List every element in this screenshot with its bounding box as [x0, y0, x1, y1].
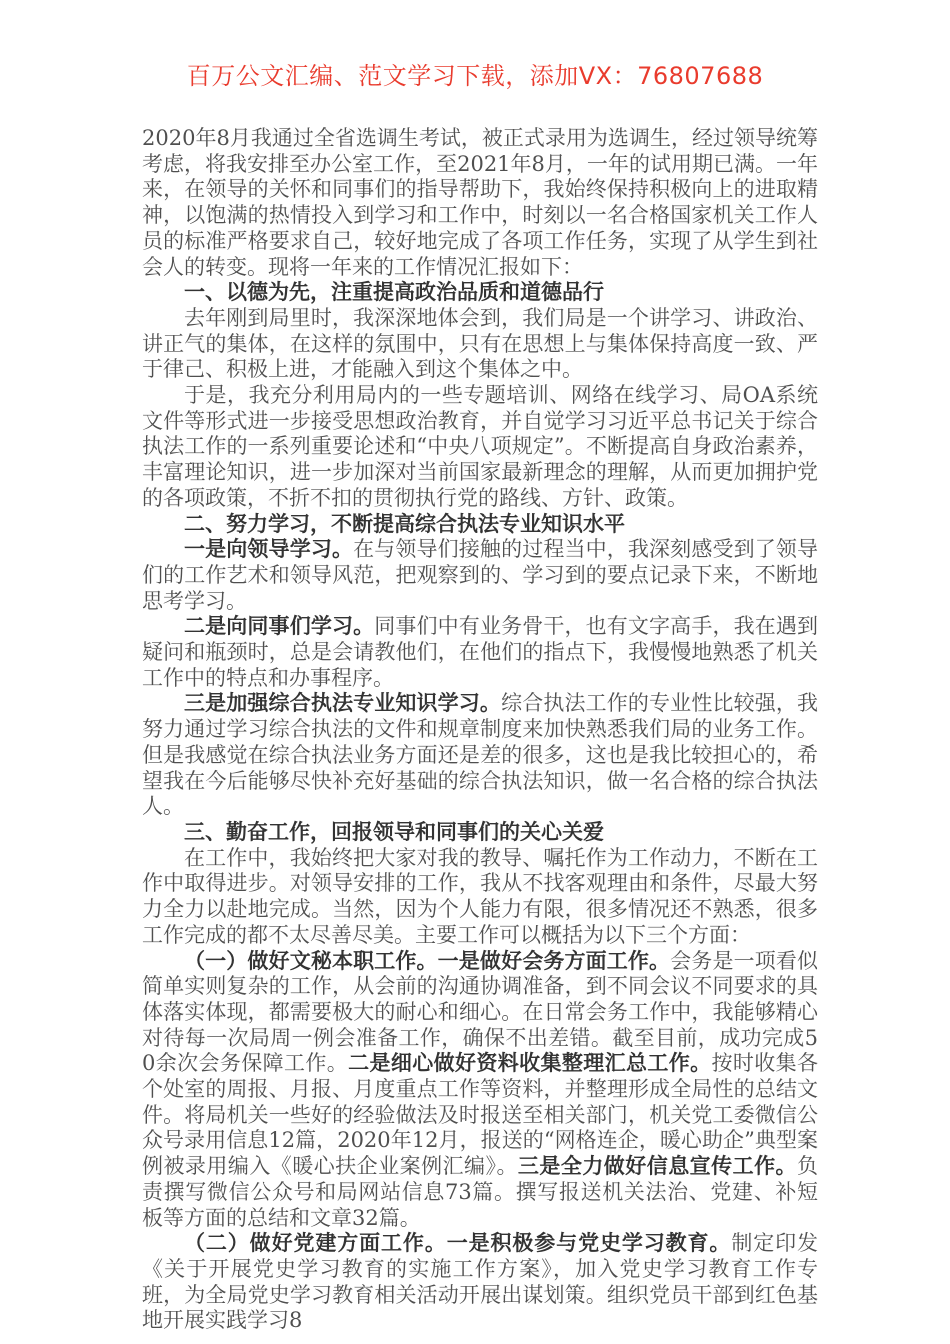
paragraph: 2020年8月我通过全省选调生考试，被正式录用为选调生，经过领导统筹考虑，将我安…	[142, 126, 818, 280]
paragraph: （一）做好文秘本职工作。一是做好会务方面工作。会务是一项看似简单实则复杂的工作，…	[142, 949, 818, 1232]
text-segment: 三、勤奋工作，回报领导和同事们的关心关爱	[184, 820, 604, 844]
paragraph: 于是，我充分利用局内的一些专题培训、网络在线学习、局OA系统文件等形式进一步接受…	[142, 383, 818, 512]
text-segment: 去年刚到局里时，我深深地体会到，我们局是一个讲学习、讲政治、讲正气的集体，在这样…	[142, 306, 818, 381]
paragraph: 去年刚到局里时，我深深地体会到，我们局是一个讲学习、讲政治、讲正气的集体，在这样…	[142, 306, 818, 383]
text-segment: 在工作中，我始终把大家对我的教导、嘱托作为工作动力，不断在工作中取得进步。对领导…	[142, 846, 818, 947]
text-segment: 三是全力做好信息宣传工作。	[518, 1154, 797, 1178]
text-segment: 三是加强综合执法专业知识学习。	[184, 691, 501, 715]
paragraph: 一是向领导学习。在与领导们接触的过程当中，我深刻感受到了领导们的工作艺术和领导风…	[142, 537, 818, 614]
text-segment: 于是，我充分利用局内的一些专题培训、网络在线学习、局OA系统文件等形式进一步接受…	[142, 383, 818, 510]
text-segment: 二是细心做好资料收集整理汇总工作。	[348, 1051, 711, 1075]
text-segment: 一是向领导学习。	[184, 537, 353, 561]
text-segment: 二是向同事们学习。	[184, 614, 374, 638]
promo-banner: 百万公文汇编、范文学习下载，添加VX：76807688	[0, 60, 950, 92]
document-body: 2020年8月我通过全省选调生考试，被正式录用为选调生，经过领导统筹考虑，将我安…	[142, 126, 818, 1334]
paragraph: 三是加强综合执法专业知识学习。综合执法工作的专业性比较强，我努力通过学习综合执法…	[142, 691, 818, 820]
section-heading: 三、勤奋工作，回报领导和同事们的关心关爱	[142, 820, 818, 846]
text-segment: 2020年8月我通过全省选调生考试，被正式录用为选调生，经过领导统筹考虑，将我安…	[142, 126, 818, 279]
section-heading: 一、以德为先，注重提高政治品质和道德品行	[142, 280, 818, 306]
paragraph: 在工作中，我始终把大家对我的教导、嘱托作为工作动力，不断在工作中取得进步。对领导…	[142, 846, 818, 949]
text-segment: （二）做好党建方面工作。一是积极参与党史学习教育。	[184, 1231, 731, 1255]
text-segment: 二、努力学习，不断提高综合执法专业知识水平	[184, 512, 625, 536]
text-segment: （一）做好文秘本职工作。一是做好会务方面工作。	[184, 949, 670, 973]
paragraph: 二是向同事们学习。同事们中有业务骨干，也有文字高手，我在遇到疑问和瓶颈时，总是会…	[142, 614, 818, 691]
section-heading: 二、努力学习，不断提高综合执法专业知识水平	[142, 512, 818, 538]
paragraph: （二）做好党建方面工作。一是积极参与党史学习教育。制定印发《关于开展党史学习教育…	[142, 1231, 818, 1334]
text-segment: 一、以德为先，注重提高政治品质和道德品行	[184, 280, 604, 304]
